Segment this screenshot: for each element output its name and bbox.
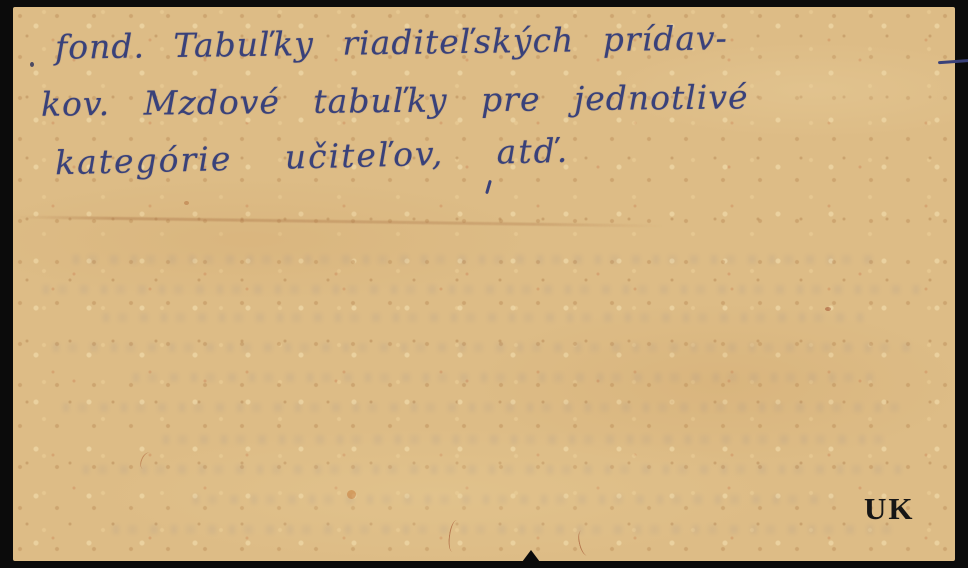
bleedthrough-row — [53, 343, 913, 352]
bleedthrough-row — [43, 285, 923, 294]
handwriting-line-1: fond. Tabuľky riaditeľských prídav- — [55, 18, 728, 66]
bleedthrough-row — [63, 403, 903, 412]
paper-speck — [825, 307, 831, 311]
bleedthrough-row — [103, 313, 863, 322]
bleedthrough-row — [133, 373, 873, 382]
bleedthrough-row — [83, 465, 903, 474]
scratch-mark — [13, 215, 663, 227]
uk-stamp: UK — [864, 491, 915, 527]
handwriting-line-2: kov. Mzdové tabuľky pre jednotlivé — [41, 77, 749, 123]
bleedthrough-row — [163, 435, 883, 444]
bleedthrough-row — [73, 255, 873, 264]
bleedthrough-row — [113, 525, 893, 534]
paper-speck — [347, 490, 356, 499]
paper-speck — [184, 201, 189, 205]
ink-speck — [30, 62, 34, 67]
ink-speck — [485, 180, 492, 194]
card-paper: fond. Tabuľky riaditeľských prídav- kov.… — [13, 7, 955, 561]
scan-edge-notch — [522, 550, 540, 562]
hyphenation-stroke — [938, 59, 968, 64]
handwriting-line-3: kategórie učiteľov, atď. — [55, 131, 570, 183]
bleedthrough-row — [193, 495, 833, 504]
scanned-archive-card: fond. Tabuľky riaditeľských prídav- kov.… — [0, 0, 968, 568]
